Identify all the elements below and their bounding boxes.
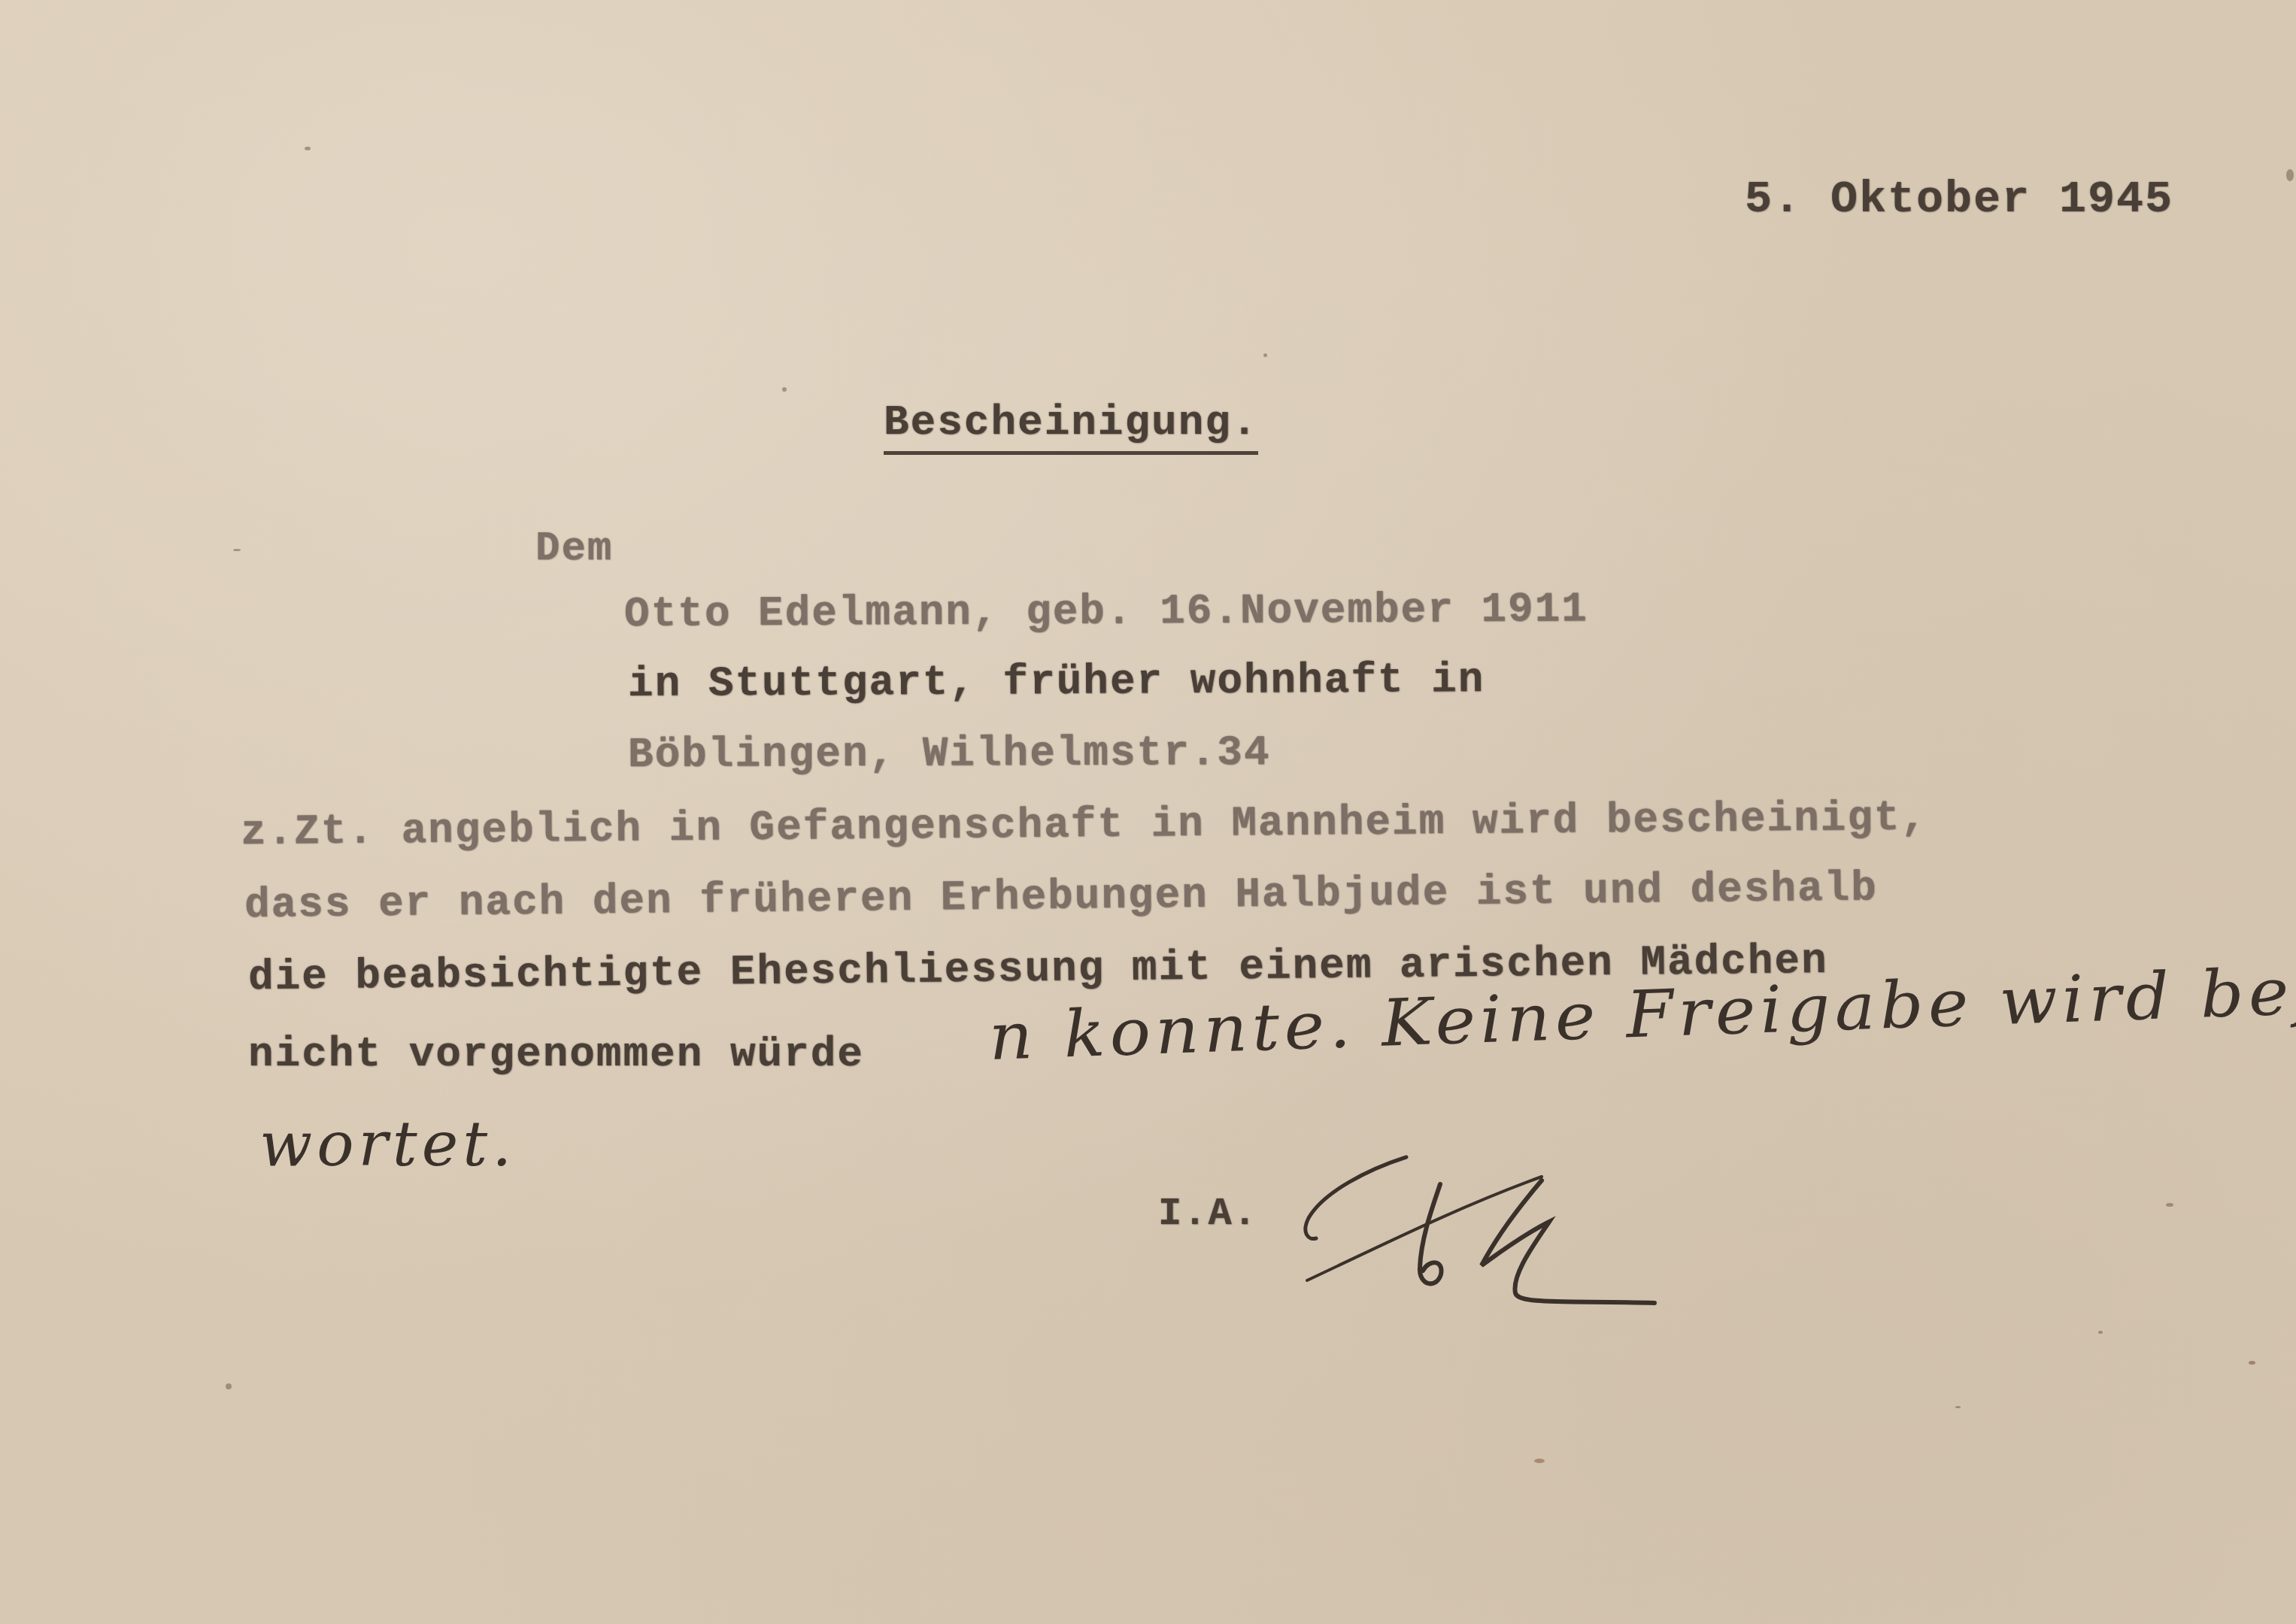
paper-speck bbox=[305, 147, 311, 150]
address-line-name: Otto Edelmann, geb. 16.November 1911 bbox=[624, 585, 1588, 638]
paper-speck bbox=[1534, 1459, 1545, 1463]
address-line-birthplace: in Stuttgart, früher wohnhaft in bbox=[628, 656, 1485, 708]
body-line-2: dass er nach den früheren Erhebungen Hal… bbox=[244, 864, 1878, 929]
paper-speck bbox=[782, 387, 787, 392]
paper-speck bbox=[2249, 1361, 2255, 1365]
paper-speck bbox=[2286, 169, 2294, 181]
paper-speck bbox=[2166, 1203, 2173, 1207]
document-date: 5. Oktober 1945 bbox=[1745, 174, 2173, 226]
paper-speck bbox=[2098, 1331, 2103, 1334]
paper-sheet: 5. Oktober 1945 Bescheinigung. Dem Otto … bbox=[0, 0, 2296, 1624]
paper-speck bbox=[1263, 353, 1267, 357]
signature-prefix: I.A. bbox=[1158, 1192, 1258, 1236]
document-title: Bescheinigung. bbox=[884, 398, 1258, 455]
body-line-1: z.Zt. angeblich in Gefangenschaft in Man… bbox=[241, 793, 1928, 856]
signature-icon bbox=[1294, 1147, 1715, 1319]
salutation: Dem bbox=[535, 526, 613, 572]
address-line-street: Böblingen, Wilhelmstr.34 bbox=[628, 729, 1271, 779]
paper-speck bbox=[1955, 1406, 1961, 1408]
paper-speck bbox=[226, 1383, 232, 1389]
body-line-4: nicht vorgenommen würde bbox=[248, 1030, 864, 1078]
handwritten-continuation-2: wortet. bbox=[259, 1109, 516, 1180]
paper-speck bbox=[233, 549, 241, 551]
